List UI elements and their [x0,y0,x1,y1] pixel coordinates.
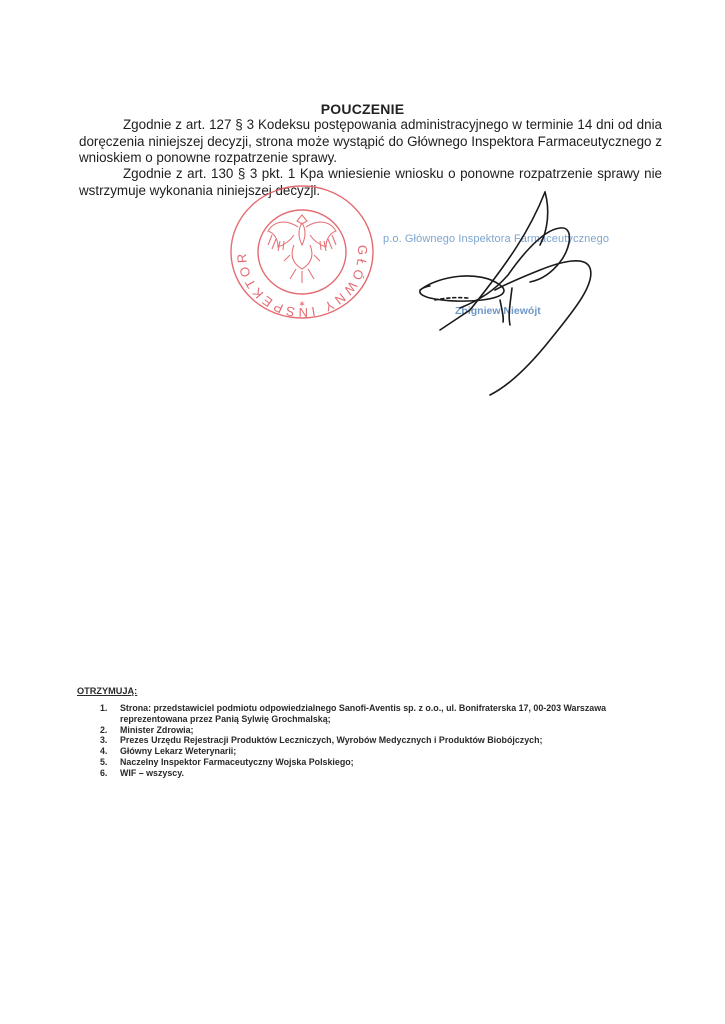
item-number: 1. [100,703,120,725]
list-item: 2. Minister Zdrowia; [100,725,620,736]
item-text: Prezes Urzędu Rejestracji Produktów Lecz… [120,735,620,746]
recipients-heading: OTRZYMUJĄ: [77,686,137,696]
instruction-paragraph-1: Zgodnie z art. 127 § 3 Kodeksu postępowa… [79,117,662,167]
item-text: Główny Lekarz Weterynarii; [120,746,620,757]
item-text: Strona: przedstawiciel podmiotu odpowied… [120,703,620,725]
item-number: 3. [100,735,120,746]
item-text: Minister Zdrowia; [120,725,620,736]
item-number: 6. [100,768,120,779]
list-item: 3. Prezes Urzędu Rejestracji Produktów L… [100,735,620,746]
item-text: Naczelny Inspektor Farmaceutyczny Wojska… [120,757,620,768]
list-item: 5. Naczelny Inspektor Farmaceutyczny Woj… [100,757,620,768]
handwritten-signature-icon [400,190,600,400]
list-item: 4. Główny Lekarz Weterynarii; [100,746,620,757]
item-text: WIF – wszyscy. [120,768,620,779]
item-number: 4. [100,746,120,757]
official-stamp-icon: GŁÓWNY INSPEKTOR FARMACEUTYCZNY ✶ [228,183,376,321]
recipients-list: 1. Strona: przedstawiciel podmiotu odpow… [100,703,620,779]
item-number: 2. [100,725,120,736]
item-number: 5. [100,757,120,768]
document-title: POUCZENIE [0,101,725,117]
paragraph-text: Zgodnie z art. 127 § 3 Kodeksu postępowa… [79,117,662,167]
list-item: 1. Strona: przedstawiciel podmiotu odpow… [100,703,620,725]
document-page: POUCZENIE Zgodnie z art. 127 § 3 Kodeksu… [0,0,725,1024]
svg-text:✶: ✶ [298,299,306,309]
list-item: 6. WIF – wszyscy. [100,768,620,779]
